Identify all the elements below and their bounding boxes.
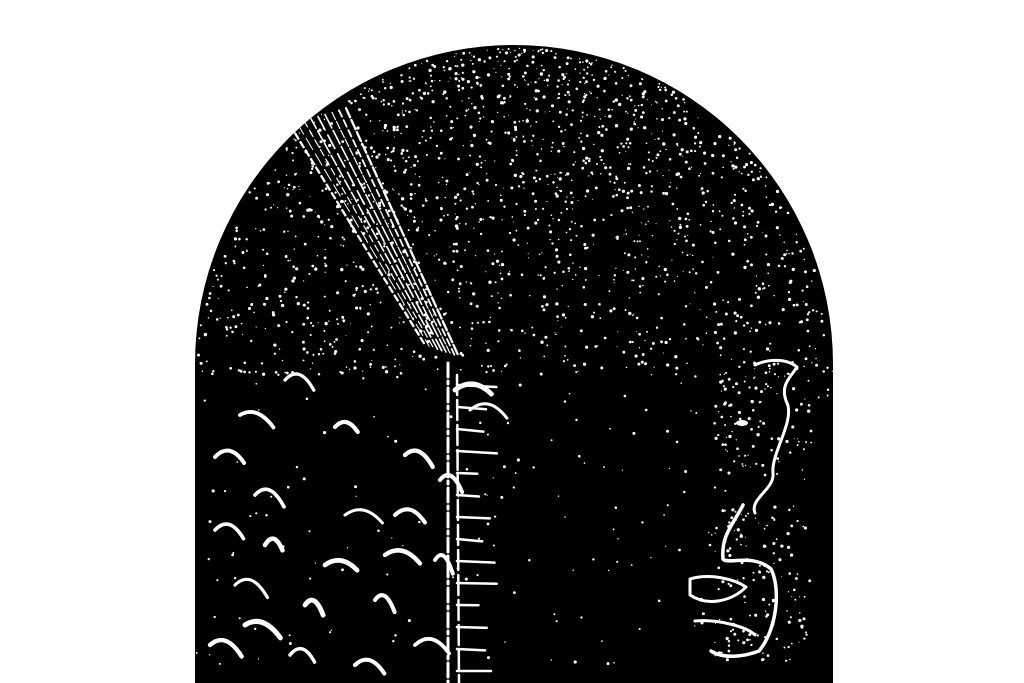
diagonal-light-streaks bbox=[290, 108, 459, 356]
starry-speckle-sky bbox=[196, 48, 833, 665]
vertical-stem bbox=[448, 363, 497, 683]
face-profile bbox=[690, 360, 811, 662]
arch-artwork: High-contrast black and white arch-shape… bbox=[195, 45, 833, 683]
artwork-canvas bbox=[195, 45, 833, 683]
